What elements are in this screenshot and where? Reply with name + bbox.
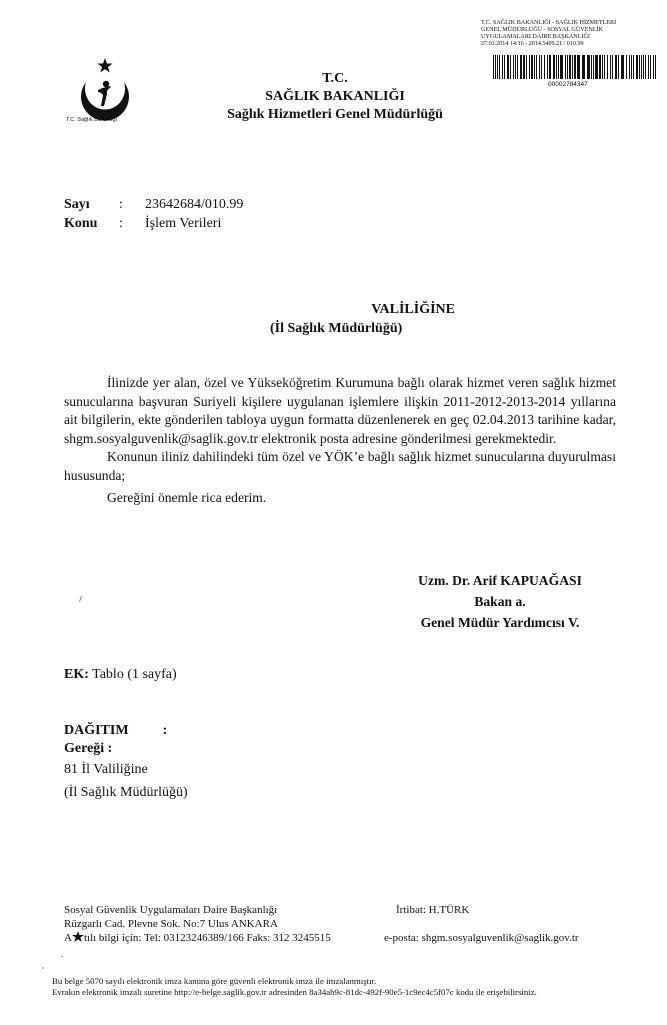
scan-mark: [79, 596, 82, 602]
konu-value: İşlem Verileri: [145, 214, 221, 233]
konu-label: Konu: [64, 214, 119, 233]
logo-caption: T.C. Sağlık Bakanlığı: [66, 117, 117, 123]
colon: :: [163, 722, 168, 740]
scan-mark: [42, 967, 44, 969]
header-line-ministry: SAĞLIK BAKANLIĞI: [200, 88, 470, 106]
sayi-value: 23642684/010.99: [145, 195, 243, 214]
attachment-label: EK:: [64, 667, 89, 682]
document-meta: Sayı : 23642684/010.99 Konu : İşlem Veri…: [64, 195, 243, 233]
body-paragraph: İlinizde yer alan, özel ve Yükseköğretim…: [64, 374, 616, 448]
sayi-row: Sayı : 23642684/010.99: [64, 195, 243, 214]
e-signature-stamp: T.C. SAĞLIK BAKANLIĞI - SAĞLIK HİZMETLER…: [481, 19, 656, 47]
footer-address: Sosyal Güvenlik Uygulamaları Daire Başka…: [64, 903, 331, 945]
stamp-line: 27.03.2014 14:16 - 2014.5409.21 / 010.99: [481, 40, 656, 47]
body-paragraph: Konunun iliniz dahilindeki tüm özel ve Y…: [64, 448, 616, 485]
stamp-line: T.C. SAĞLIK BAKANLIĞI - SAĞLIK HİZMETLER…: [481, 19, 656, 26]
letter-body: İlinizde yer alan, özel ve Yükseköğretim…: [64, 374, 616, 507]
ink-blot-star-icon: [72, 931, 84, 942]
closing-line: Gereğini önemle rica ederim.: [64, 489, 616, 508]
attachment-line: EK: Tablo (1 sayfa): [64, 667, 177, 683]
distribution-block: DAĞITIM : Gereği : 81 İl Valiliğine (İl …: [64, 722, 188, 804]
stamp-line: GENEL MÜDÜRLÜĞÜ - SOSYAL GÜVENLİK: [481, 26, 656, 33]
footer-contact-person: İrtibat: H.TÜRK: [384, 903, 644, 917]
distribution-heading: DAĞITIM: [64, 722, 129, 740]
barcode-number: 00002784347: [548, 81, 588, 88]
footer-department: Sosyal Güvenlik Uygulamaları Daire Başka…: [64, 903, 331, 917]
footer-contact: İrtibat: H.TÜRK e-posta: shgm.sosyalguve…: [384, 903, 644, 945]
distribution-item: (İl Sağlık Müdürlüğü): [64, 781, 188, 804]
distribution-item: 81 İl Valiliğine: [64, 758, 188, 781]
attachment-value: Tablo (1 sayfa): [92, 667, 177, 682]
footer-email[interactable]: e-posta: shgm.sosyalguvenlik@saglik.gov.…: [384, 931, 644, 945]
signature-block: Uzm. Dr. Arif KAPUAĞASI Bakan a. Genel M…: [400, 570, 600, 633]
legal-notice: Bu belge 5070 sayılı elektronik imza kan…: [52, 976, 537, 998]
addressee-line1: VALİLİĞİNE: [270, 300, 455, 319]
barcode-icon: [493, 55, 657, 79]
footer-street: Rüzgarlı Cad. Plevne Sok. No:7 Ulus ANKA…: [64, 917, 331, 931]
footer-phone-line: Atılı bilgi için: Tel: 03123246389/166 F…: [64, 931, 331, 945]
addressee-line2: (İl Sağlık Müdürlüğü): [270, 319, 455, 338]
header-line-tc: T.C.: [200, 70, 470, 88]
colon: :: [119, 195, 145, 214]
footer-info-text: tılı bilgi için: Tel: 03123246389/166 Fa…: [84, 932, 331, 944]
colon: :: [119, 214, 145, 233]
addressee: VALİLİĞİNE (İl Sağlık Müdürlüğü): [270, 300, 455, 338]
legal-line: Evrakın elektronik imzalı suretine http:…: [52, 987, 537, 998]
document-header: T.C. SAĞLIK BAKANLIĞI Sağlık Hizmetleri …: [200, 70, 470, 124]
stamp-line: UYGULAMALARI DAİRE BAŞKANLIĞI: [481, 33, 656, 40]
signatory-name: Uzm. Dr. Arif KAPUAĞASI: [400, 570, 600, 591]
signatory-title: Genel Müdür Yardımcısı V.: [400, 612, 600, 633]
legal-line: Bu belge 5070 sayılı elektronik imza kan…: [52, 976, 537, 987]
header-line-directorate: Sağlık Hizmetleri Genel Müdürlüğü: [200, 106, 470, 124]
distribution-subheading: Gereği :: [64, 740, 188, 758]
scan-mark: [61, 956, 63, 957]
signatory-capacity: Bakan a.: [400, 591, 600, 612]
konu-row: Konu : İşlem Verileri: [64, 214, 243, 233]
footer-info-prefix: A: [64, 932, 72, 944]
sayi-label: Sayı: [64, 195, 119, 214]
distribution-heading-row: DAĞITIM :: [64, 722, 188, 740]
